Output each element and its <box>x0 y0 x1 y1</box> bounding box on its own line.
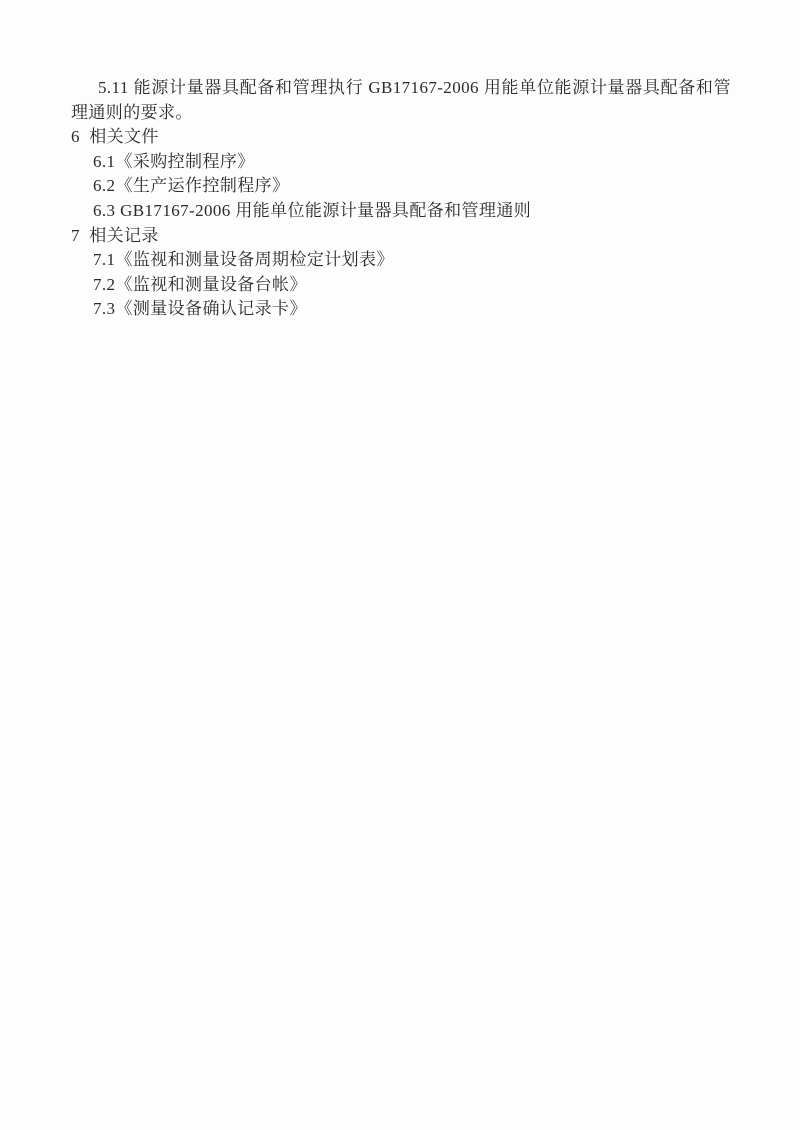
section-7-item-1: 7.1《监视和测量设备周期检定计划表》 <box>71 248 731 273</box>
document-page: 5.11 能源计量器具配备和管理执行 GB17167-2006 用能单位能源计量… <box>71 76 731 322</box>
section-7-heading: 7 相关记录 <box>71 224 731 249</box>
section-6-item-2: 6.2《生产运作控制程序》 <box>71 174 731 199</box>
section-7-item-3: 7.3《测量设备确认记录卡》 <box>71 297 731 322</box>
section-6-heading: 6 相关文件 <box>71 125 731 150</box>
clause-5-11-paragraph: 5.11 能源计量器具配备和管理执行 GB17167-2006 用能单位能源计量… <box>71 76 731 125</box>
section-6-item-1: 6.1《采购控制程序》 <box>71 150 731 175</box>
section-6-item-3: 6.3 GB17167-2006 用能单位能源计量器具配备和管理通则 <box>71 199 731 224</box>
section-7-item-2: 7.2《监视和测量设备台帐》 <box>71 273 731 298</box>
